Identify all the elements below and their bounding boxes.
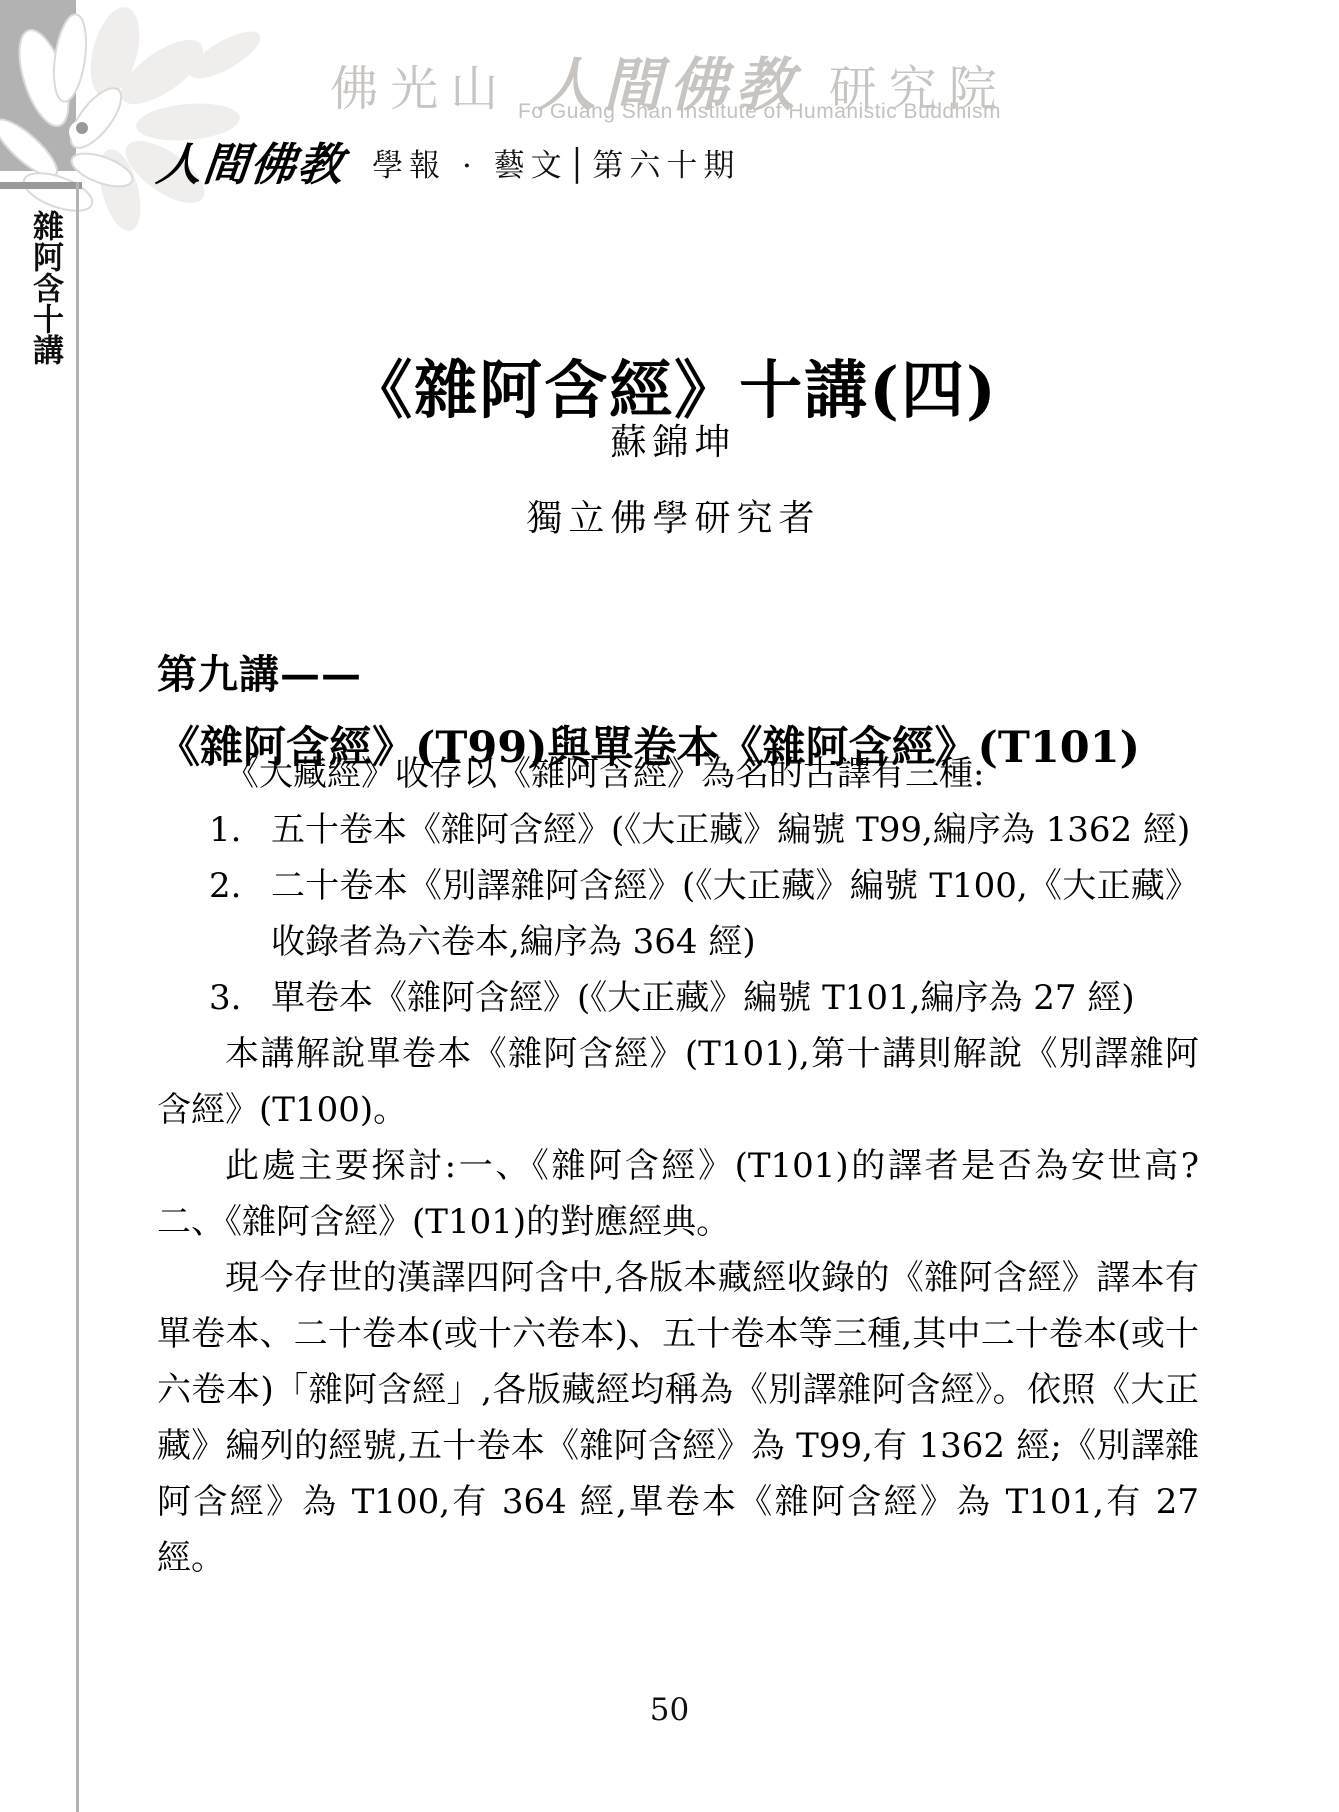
- article-body: 《大藏經》收存以《雜阿含經》為名的古譯有三種: 1. 五十卷本《雜阿含經》(《大…: [157, 746, 1199, 1586]
- list-item-number: 2.: [209, 858, 241, 914]
- list-item-text: 五十卷本《雜阿含經》(《大正藏》編號 T99,編序為 1362 經): [271, 810, 1190, 850]
- list-item: 1. 五十卷本《雜阿含經》(《大正藏》編號 T99,編序為 1362 經): [157, 802, 1199, 858]
- paragraph: 現今存世的漢譯四阿含中,各版本藏經收錄的《雜阿含經》譯本有單卷本、二十卷本(或十…: [157, 1250, 1199, 1586]
- list-item-number: 1.: [209, 802, 241, 858]
- sidebar-top-rule: [0, 182, 82, 189]
- paragraph: 《大藏經》收存以《雜阿含經》為名的古譯有三種:: [157, 746, 1199, 802]
- sidebar-vertical-rule: [76, 182, 79, 1812]
- list-item-text: 單卷本《雜阿含經》(《大正藏》編號 T101,編序為 27 經): [271, 978, 1135, 1018]
- paragraph: 此處主要探討:一、《雜阿含經》(T101)的譯者是否為安世高?二、《雜阿含經》(…: [157, 1138, 1199, 1250]
- list-item-text: 二十卷本《別譯雜阿含經》(《大正藏》編號 T100,《大正藏》收錄者為六卷本,編…: [271, 866, 1199, 962]
- article-author: 蘇錦坤: [150, 414, 1197, 465]
- paragraph: 本講解說單卷本《雜阿含經》(T101),第十講則解說《別譯雜阿含經》(T100)…: [157, 1026, 1199, 1138]
- journal-logo: 人間佛教: [154, 128, 349, 193]
- list-item: 3. 單卷本《雜阿含經》(《大正藏》編號 T101,編序為 27 經): [157, 970, 1199, 1026]
- article-affiliation: 獨立佛學研究者: [150, 490, 1197, 541]
- list-item-number: 3.: [209, 970, 241, 1026]
- numbered-list: 1. 五十卷本《雜阿含經》(《大正藏》編號 T99,編序為 1362 經) 2.…: [157, 802, 1199, 1026]
- list-item: 2. 二十卷本《別譯雜阿含經》(《大正藏》編號 T100,《大正藏》收錄者為六卷…: [157, 858, 1199, 970]
- page-number: 50: [0, 1692, 1339, 1728]
- sidebar-vertical-title: 雜阿含十講: [27, 210, 63, 365]
- document-page: 雜阿含十講 佛光山 人間佛教 研究院 Fo Guang Shan Institu…: [0, 0, 1339, 1812]
- institute-watermark-english: Fo Guang Shan Institute of Humanistic Bu…: [90, 100, 1339, 124]
- journal-masthead: 人間佛教 學報 · 藝文│第六十期: [157, 128, 740, 193]
- section-heading: 第九講——: [157, 643, 362, 700]
- journal-issue-info: 學報 · 藝文│第六十期: [372, 148, 740, 184]
